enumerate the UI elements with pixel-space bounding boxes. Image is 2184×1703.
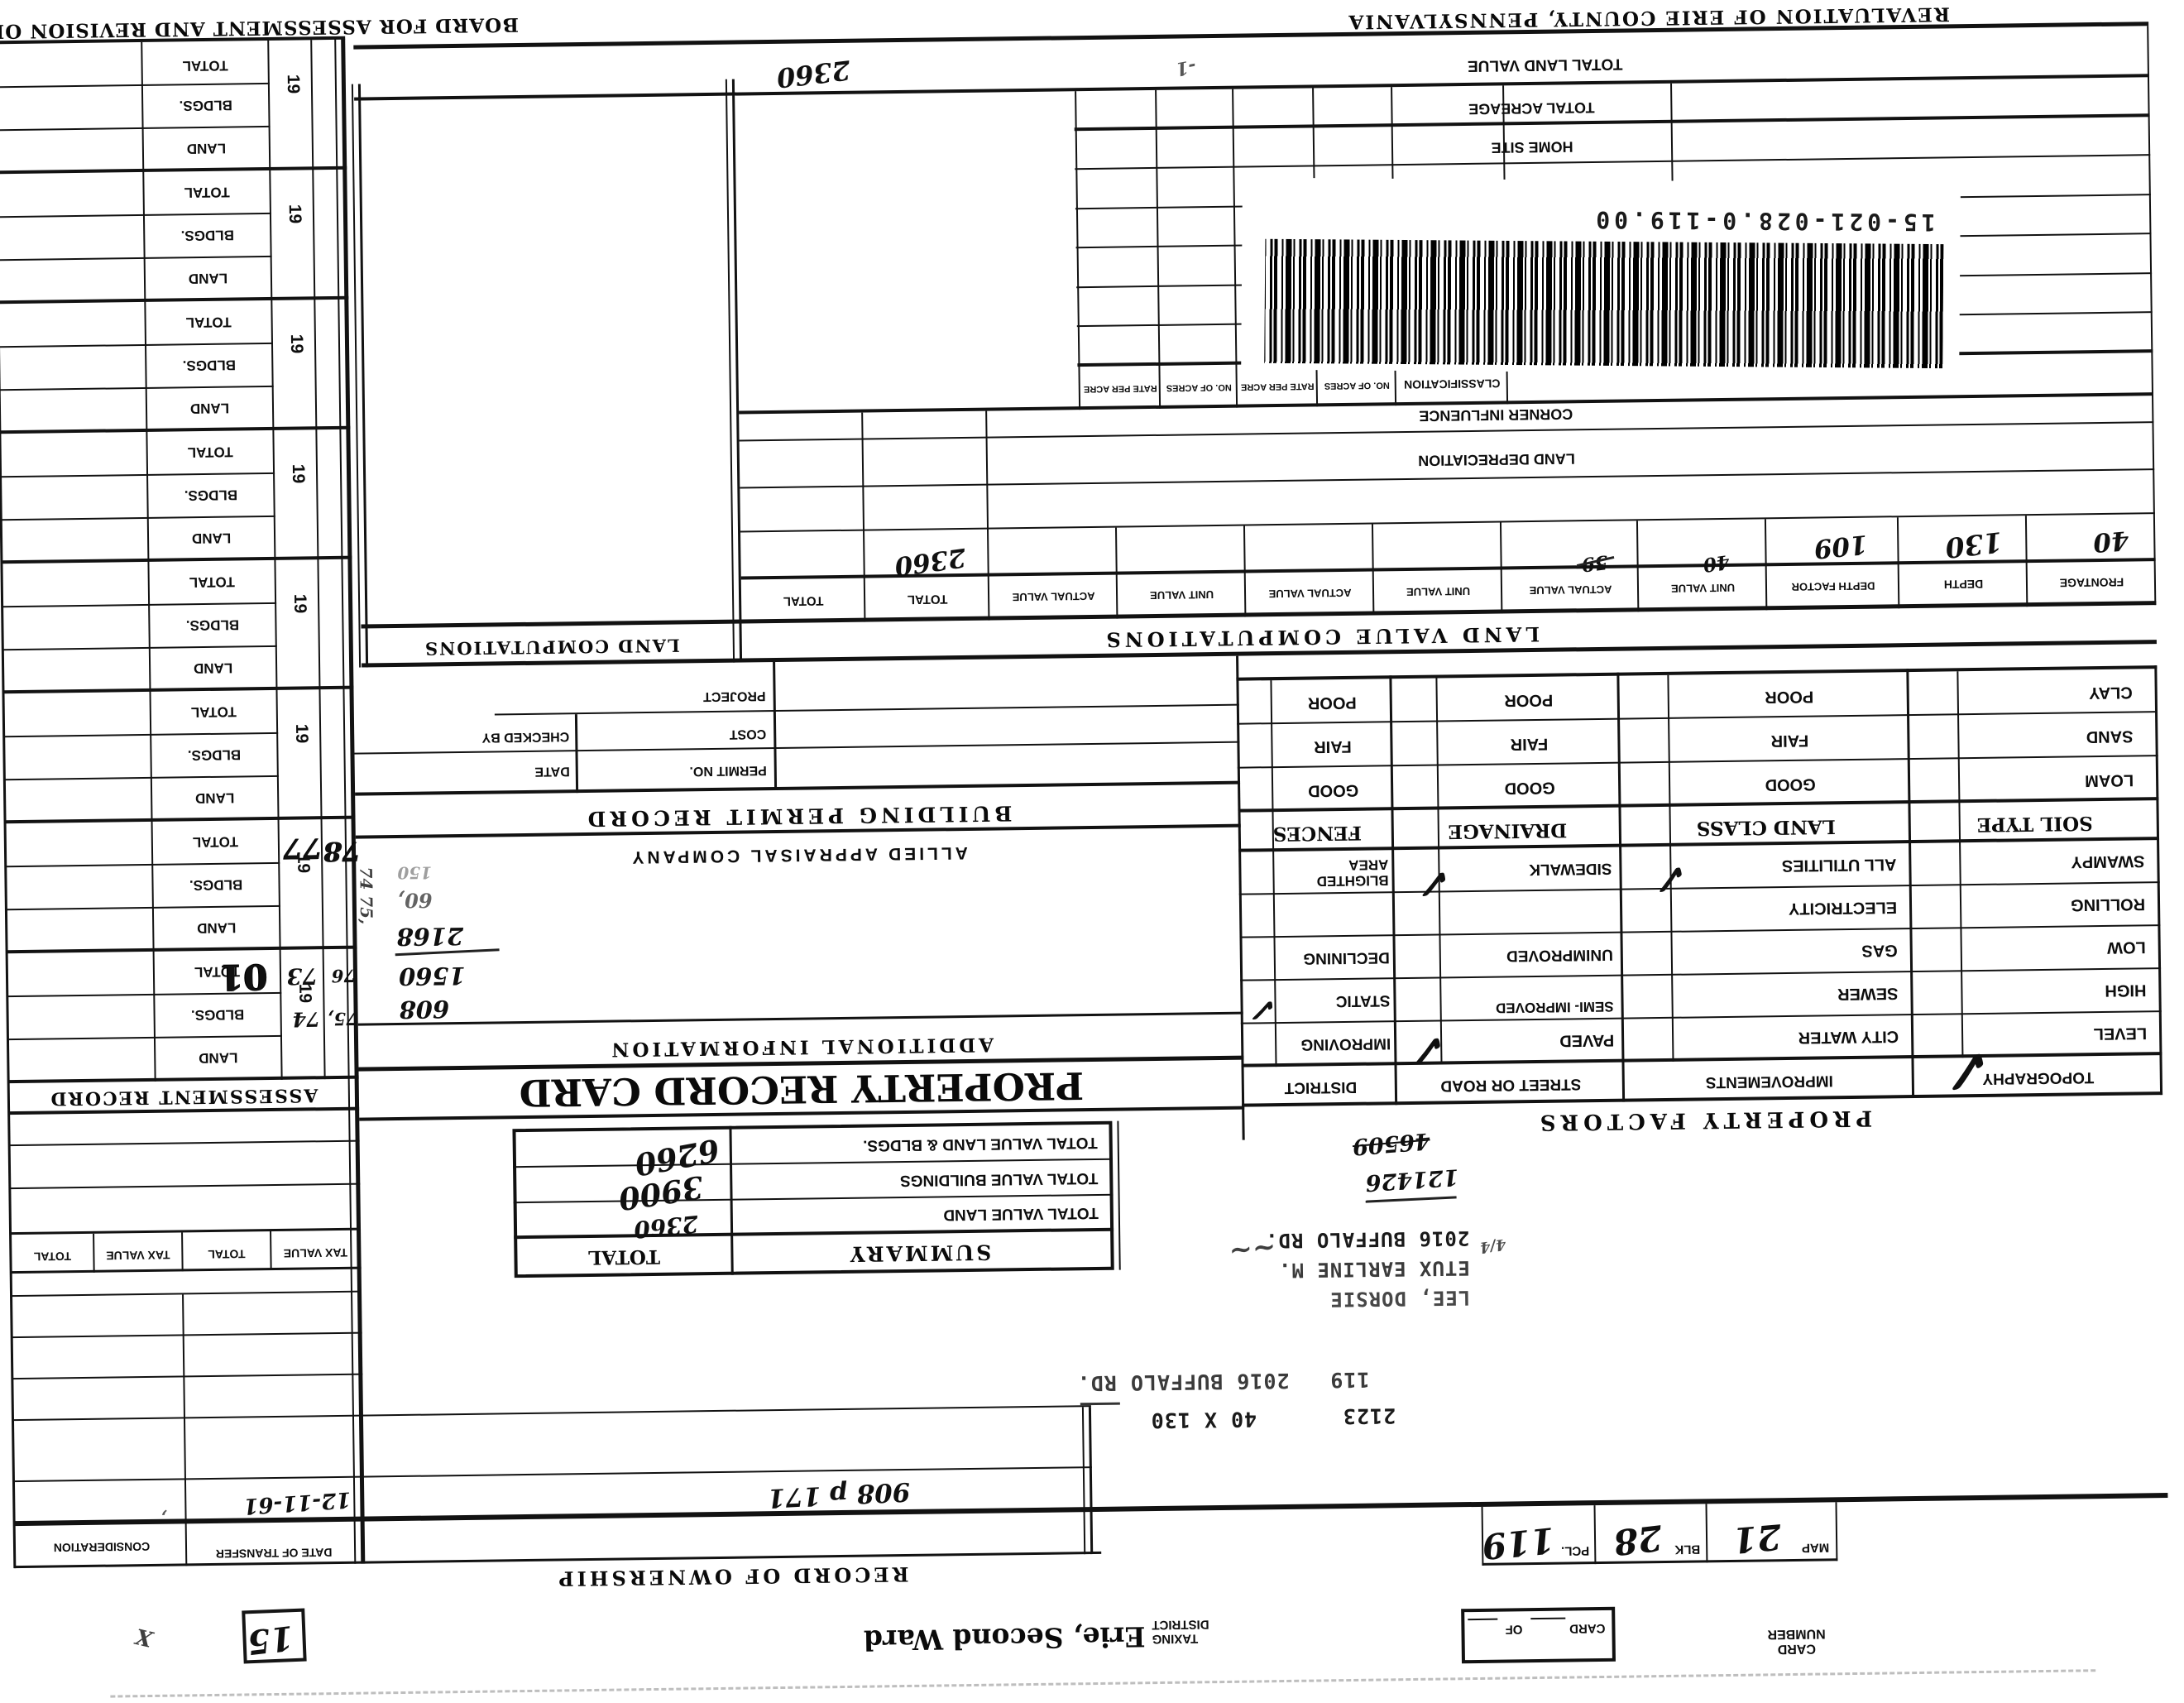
pcl-label: PCL. <box>1561 1543 1589 1557</box>
parcel-dash <box>1080 1403 1120 1406</box>
g1-year-hw: 73 <box>286 962 318 988</box>
summary-title: SUMMARY <box>733 1239 1105 1268</box>
g4-total: TOTAL <box>150 573 275 591</box>
summary-left-double <box>1117 1121 1120 1270</box>
g6-bldgs: BLDGS. <box>146 356 271 374</box>
g6-year-prefix: 19 <box>273 320 320 367</box>
soil-header-type: SOIL TYPE <box>1911 811 2159 837</box>
class-h-rate2: RATE PER ACRE <box>1080 383 1161 394</box>
pf-header-street: STREET OR ROAD <box>1397 1074 1625 1096</box>
bpr-row-2 <box>495 704 1239 716</box>
lvc-unitvalue-hw: 40 <box>1702 550 1731 577</box>
check-paved: ✓ <box>1411 1024 1452 1077</box>
pf-topo-swampy: SWAMPY <box>2071 851 2144 871</box>
g3-bldgs: BLDGS. <box>151 746 276 764</box>
g3-r2 <box>3 732 278 737</box>
hw-number: 121426 <box>1365 1163 1460 1195</box>
ar-band-bottom <box>8 1076 359 1084</box>
g1-bldgs: BLDGS. <box>155 1005 280 1024</box>
hw-underline <box>1366 1196 1457 1202</box>
class-h-acres2: NO. OF ACRES <box>1161 382 1238 393</box>
g6-total: TOTAL <box>146 313 271 331</box>
g3-year-prefix: 19 <box>278 710 325 757</box>
pf-district-declining: DECLINING <box>1303 947 1390 967</box>
soil-clay-drainage: POOR <box>1438 689 1620 711</box>
blk-value-hw: 28 <box>1612 1517 1664 1563</box>
g1-side1-hw: 75, <box>328 1009 358 1029</box>
allied-appraisal-company: ALLIED APPRAISAL COMPANY <box>356 839 1241 871</box>
g5-year-prefix: 19 <box>275 450 322 497</box>
g3-r1 <box>4 775 279 780</box>
bpr-col-1 <box>773 662 777 790</box>
additional-info-line <box>358 1012 1243 1026</box>
g5-land: LAND <box>149 529 274 547</box>
tax-head-top <box>11 1267 362 1274</box>
g4-r2 <box>2 602 276 607</box>
route-number: 2123 <box>1343 1403 1396 1428</box>
pf-district-static: STATIC <box>1336 991 1391 1010</box>
g2-bottom <box>5 816 356 824</box>
lvc-h-frontage: FRONTAGE <box>2028 575 2156 590</box>
rc-row-a <box>12 1374 362 1380</box>
map-label: MAP <box>1802 1540 1830 1554</box>
class-h-rate1: RATE PER ACRE <box>1238 381 1318 391</box>
lvc-h-actual3: ACTUAL VALUE <box>989 590 1118 604</box>
street-address: 2016 BUFFALO RD. <box>1077 1369 1290 1395</box>
owner-address: 2016 BUFFALO RD. <box>1265 1226 1470 1252</box>
soil-header-drainage: DRAINAGE <box>1394 818 1621 844</box>
pf-soil-row-1 <box>1238 755 2158 769</box>
check-all-utilities: ✓ <box>1655 854 1693 903</box>
lvc-v-total1 <box>985 411 989 621</box>
g1-year-hw2: 74 <box>292 1007 320 1031</box>
owner-name-1: LEE, DORSIE <box>1329 1286 1470 1311</box>
barcode-icon <box>1264 239 1943 368</box>
g5-bldgs: BLDGS. <box>148 486 273 504</box>
card-of-box-card-label: CARD <box>1569 1621 1606 1636</box>
g7-bldgs: BLDGS. <box>145 226 270 244</box>
consideration-header: CONSIDERATION <box>19 1539 184 1555</box>
tax-header-taxvalue-2: TAX VALUE <box>94 1248 181 1262</box>
g7-year-prefix: 19 <box>271 190 318 237</box>
pf-header-district: DISTRICT <box>1244 1077 1397 1096</box>
class-row-home-site: HOME SITE <box>1396 137 1669 157</box>
soil-loam-landclass: GOOD <box>1670 773 1910 795</box>
pf-impr-allutilities: ALL UTILITIES <box>1782 854 1897 875</box>
ownership-entry-mark: ’ <box>161 1497 168 1518</box>
scanned-property-record-card: CARD NUMBER CARD OF TAXING DISTRICT Erie… <box>0 0 2184 1688</box>
g1-stamp-hw: 01 <box>219 957 268 998</box>
pf-line-bottom <box>1236 665 2157 681</box>
soil-loam: LOAM <box>2085 770 2134 790</box>
lvc-band-bottom <box>361 601 2156 628</box>
soil-loam-drainage: GOOD <box>1439 777 1621 799</box>
g8-year-prefix: 19 <box>270 60 317 108</box>
g8-r1 <box>0 126 271 131</box>
pcl-value-hw: 119 <box>1480 1519 1556 1567</box>
soil-sand-fences: FAIR <box>1272 736 1392 756</box>
additional-hw-608: 608 <box>399 995 490 1024</box>
total-land-value-label: TOTAL LAND VALUE <box>1380 53 1711 75</box>
project-label: PROJECT <box>703 688 766 703</box>
class-r6 <box>1075 113 2150 131</box>
g8-land: LAND <box>144 139 269 157</box>
record-of-ownership-title: RECORD OF OWNERSHIP <box>555 1562 908 1591</box>
corner-influence-label: CORNER INFLUENCE <box>1359 404 1632 425</box>
g2-land: LAND <box>154 919 279 937</box>
soil-header-fences: FENCES <box>1241 821 1394 845</box>
soil-sand: SAND <box>2086 727 2134 746</box>
pf-topo-rolling: ROLLING <box>2071 894 2145 914</box>
rc-row-c <box>11 1291 362 1298</box>
g1-land: LAND <box>156 1048 280 1067</box>
ownership-row-line-2 <box>12 1405 1091 1421</box>
ownership-entry-book-page: 908 p 171 <box>767 1476 911 1513</box>
tax-header-total-1: TOTAL <box>183 1247 270 1261</box>
pf-district-blightedarea: BLIGHTED AREA <box>1281 856 1388 890</box>
pf-street-semiimproved: SEMI- IMPROVED <box>1490 999 1614 1016</box>
class-v-3 <box>1232 89 1238 408</box>
house-number: 119 <box>1329 1368 1370 1393</box>
soil-sand-drainage: FAIR <box>1438 733 1620 755</box>
map-row-line-a <box>1835 1502 1837 1561</box>
lvc-v-total2 <box>861 413 865 622</box>
class-v-5 <box>1075 91 1080 410</box>
right-col-right-edge <box>0 43 16 1568</box>
land-depreciation-label: LAND DEPRECIATION <box>1360 449 1633 469</box>
summary-row-label-land: TOTAL VALUE LAND <box>943 1203 1099 1223</box>
total-land-value-top <box>354 74 2149 100</box>
pf-topo-high: HIGH <box>2105 980 2146 1000</box>
summary-row-label-total: TOTAL VALUE LAND & BLDGS. <box>863 1133 1098 1154</box>
pf-topo-level: LEVEL <box>2093 1023 2147 1043</box>
lvc-h-actual1: ACTUAL VALUE <box>1502 583 1639 597</box>
pf-street-sidewalk: SIDEWALK <box>1529 859 1612 878</box>
g4-year-prefix: 19 <box>276 580 323 627</box>
lvc-h-unit1: UNIT VALUE <box>1639 581 1767 595</box>
g6-bottom <box>0 296 348 305</box>
lvc-h-unit2: UNIT VALUE <box>1374 584 1502 598</box>
pf-impr-electricity: ELECTRICITY <box>1789 897 1897 918</box>
bpr-band-bottom <box>355 781 1240 796</box>
g3-bottom <box>2 686 353 694</box>
pf-v-chk1 <box>1956 671 1963 1058</box>
soil-loam-fences: GOOD <box>1273 780 1393 800</box>
bpr-col-2 <box>575 714 578 793</box>
additional-hw-side-years: 74 75, <box>356 866 376 924</box>
g4-bldgs: BLDGS. <box>150 616 275 634</box>
blk-label: BLK <box>1674 1542 1700 1556</box>
g7-land: LAND <box>146 269 271 287</box>
lvc-depth-hw: 130 <box>1943 525 2004 564</box>
soil-clay: CLAY <box>2089 683 2133 703</box>
g1-side2-hw: 76 <box>332 966 357 986</box>
property-factors-title: PROPERTY FACTORS <box>1244 1101 2162 1139</box>
g3-land: LAND <box>152 789 277 807</box>
g2-bldgs: BLDGS. <box>153 875 278 894</box>
pf-impr-gas: GAS <box>1861 940 1898 960</box>
g4-land: LAND <box>151 659 275 677</box>
owner-scribble-hw: ~~ <box>1228 1230 1278 1269</box>
g8-bldgs: BLDGS. <box>143 96 268 114</box>
owner-address-premark-hw: 4/4 <box>1478 1235 1506 1256</box>
ownership-entry-date: 12-11-61 <box>242 1486 352 1518</box>
g2-r1 <box>6 905 280 910</box>
pf-header-improvements: IMPROVEMENTS <box>1625 1070 1914 1092</box>
date-of-transfer-header: DATE OF TRANSFER <box>193 1546 355 1561</box>
g5-total: TOTAL <box>148 443 273 461</box>
ownership-col-line-1b <box>1082 1407 1085 1554</box>
lvc-h-depthfactor: DEPTH FACTOR <box>1767 579 1899 593</box>
stray-x-mark: X <box>133 1623 156 1651</box>
taxing-district-value: Erie, Second Ward <box>864 1620 1146 1656</box>
tax-header-total-2: TOTAL <box>12 1250 93 1264</box>
g4-r1 <box>2 645 277 650</box>
pf-street-paved: PAVED <box>1559 1030 1614 1050</box>
g8-total: TOTAL <box>142 56 267 74</box>
g3-total: TOTAL <box>151 703 276 721</box>
g5-bottom <box>0 426 350 434</box>
assessment-record-title: ASSESSMENT RECORD <box>8 1084 359 1111</box>
g6-r2 <box>0 343 273 348</box>
class-h-classification: CLASSIFICATION <box>1396 377 1508 391</box>
scan-edge-dashes <box>110 1669 2095 1688</box>
total-land-value-hw: 2360 <box>775 54 852 94</box>
card-of-box-of-label: OF <box>1506 1622 1523 1636</box>
soil-sand-landclass: FAIR <box>1669 729 1909 751</box>
g2-total: TOTAL <box>153 832 278 851</box>
lvc-h-actual2: ACTUAL VALUE <box>1246 587 1374 601</box>
rc-row-e <box>9 1140 360 1147</box>
tax-head-bottom <box>10 1228 361 1235</box>
pf-line-soilhead-bot <box>1238 797 2158 813</box>
class-h-acres1: NO. OF ACRES <box>1318 380 1396 391</box>
pf-line-head <box>1241 1052 2162 1067</box>
date-label: DATE <box>534 763 570 779</box>
g6-land: LAND <box>147 399 272 417</box>
lvc-frontage-hw: 40 <box>2092 525 2130 557</box>
class-v-4 <box>1155 90 1161 409</box>
pf-v-left <box>2154 665 2162 1095</box>
g5-r1 <box>1 516 275 520</box>
g6-r1 <box>0 386 274 391</box>
total-land-value-stray-hw: -1 <box>1174 55 1198 79</box>
g7-r1 <box>0 256 272 261</box>
cost-label: COST <box>730 726 767 741</box>
barcode-number: 15-021-028.0-119.00 <box>1592 206 1936 236</box>
ownership-row-line-1 <box>13 1466 1092 1482</box>
lvc-data-row-line <box>740 512 2155 532</box>
additional-hw-2168: 2168 <box>396 921 499 951</box>
tax-header-taxvalue-1: TAX VALUE <box>271 1246 359 1260</box>
pf-soil-row-2 <box>1237 711 2158 725</box>
map-row-line-b <box>1706 1504 1708 1562</box>
g8-r2 <box>0 83 270 88</box>
class-r5 <box>1075 154 2150 170</box>
g7-total: TOTAL <box>144 183 269 201</box>
dep-row-line <box>740 421 2154 441</box>
permit-no-label: PERMIT NO. <box>689 762 767 778</box>
check-sidewalk: ✓ <box>1420 860 1456 908</box>
map-value-hw: 21 <box>1731 1516 1783 1561</box>
barcode-sticker: 15-021-028.0-119.00 <box>1241 177 1961 375</box>
class-row-total-acreage: TOTAL ACREAGE <box>1395 98 1668 118</box>
pf-row-3 <box>1239 924 2160 938</box>
land-computations-title: LAND COMPUTATIONS <box>368 635 735 660</box>
summary-total-col: TOTAL <box>517 1245 730 1269</box>
g2-r2 <box>5 862 280 867</box>
rc-row-b <box>12 1332 362 1339</box>
pf-impr-sewer: SEWER <box>1837 983 1899 1003</box>
pf-topo-low: LOW <box>2107 937 2146 957</box>
lot-size: 40 X 130 <box>1151 1407 1257 1432</box>
pf-district-improving: IMPROVING <box>1300 1034 1391 1053</box>
g2-side1-hw: 78 <box>323 836 361 868</box>
rc-row-d <box>9 1183 360 1190</box>
lvc-h-total2: TOTAL <box>741 593 865 609</box>
additional-hw-60: 60, <box>398 888 481 913</box>
pf-row-2 <box>1240 967 2161 981</box>
soil-clay-fences: POOR <box>1272 692 1392 712</box>
taxing-district-label: TAXING DISTRICT <box>1152 1617 1246 1646</box>
g1-bottom <box>7 946 357 954</box>
lvc-h-total1: TOTAL <box>865 592 989 607</box>
additional-hw-1560: 1560 <box>399 961 498 991</box>
lvc-h-unit3: UNIT VALUE <box>1118 588 1246 602</box>
g2-year-hw: 77 <box>283 831 323 865</box>
card-number-hw: 15 <box>245 1618 295 1662</box>
g7-r2 <box>0 213 271 218</box>
pf-impr-citywater: CITY WATER <box>1798 1026 1899 1047</box>
soil-header-landclass: LAND CLASS <box>1621 814 1911 841</box>
checked-by-label: CHECKED BY <box>481 728 569 744</box>
owner-name-2: ETUX EARLINE M. <box>1278 1256 1470 1282</box>
lvc-h-depth: DEPTH <box>1899 577 2028 592</box>
lvc-empty-row-line <box>740 468 2154 488</box>
soil-clay-landclass: POOR <box>1669 685 1909 708</box>
ownership-col-line-1 <box>1089 1407 1093 1554</box>
ownership-top-line <box>14 1552 1101 1568</box>
summary-row-label-bldgs: TOTAL VALUE BUILDINGS <box>900 1168 1099 1189</box>
card-number-label: CARD NUMBER <box>1760 1625 1832 1656</box>
pf-street-unimproved: UNIMPROVED <box>1506 945 1613 965</box>
g7-bottom <box>0 166 347 175</box>
check-static: ✓ <box>1252 991 1279 1029</box>
g1-r1 <box>7 1035 282 1040</box>
g4-bottom <box>1 556 352 564</box>
g5-r2 <box>0 473 275 477</box>
lvc-depthfactor-hw: 109 <box>1813 529 1869 564</box>
pf-row-1 <box>1241 1010 2162 1024</box>
sheet-left-edge <box>2147 26 2156 605</box>
map-row-line-c <box>1594 1505 1597 1564</box>
